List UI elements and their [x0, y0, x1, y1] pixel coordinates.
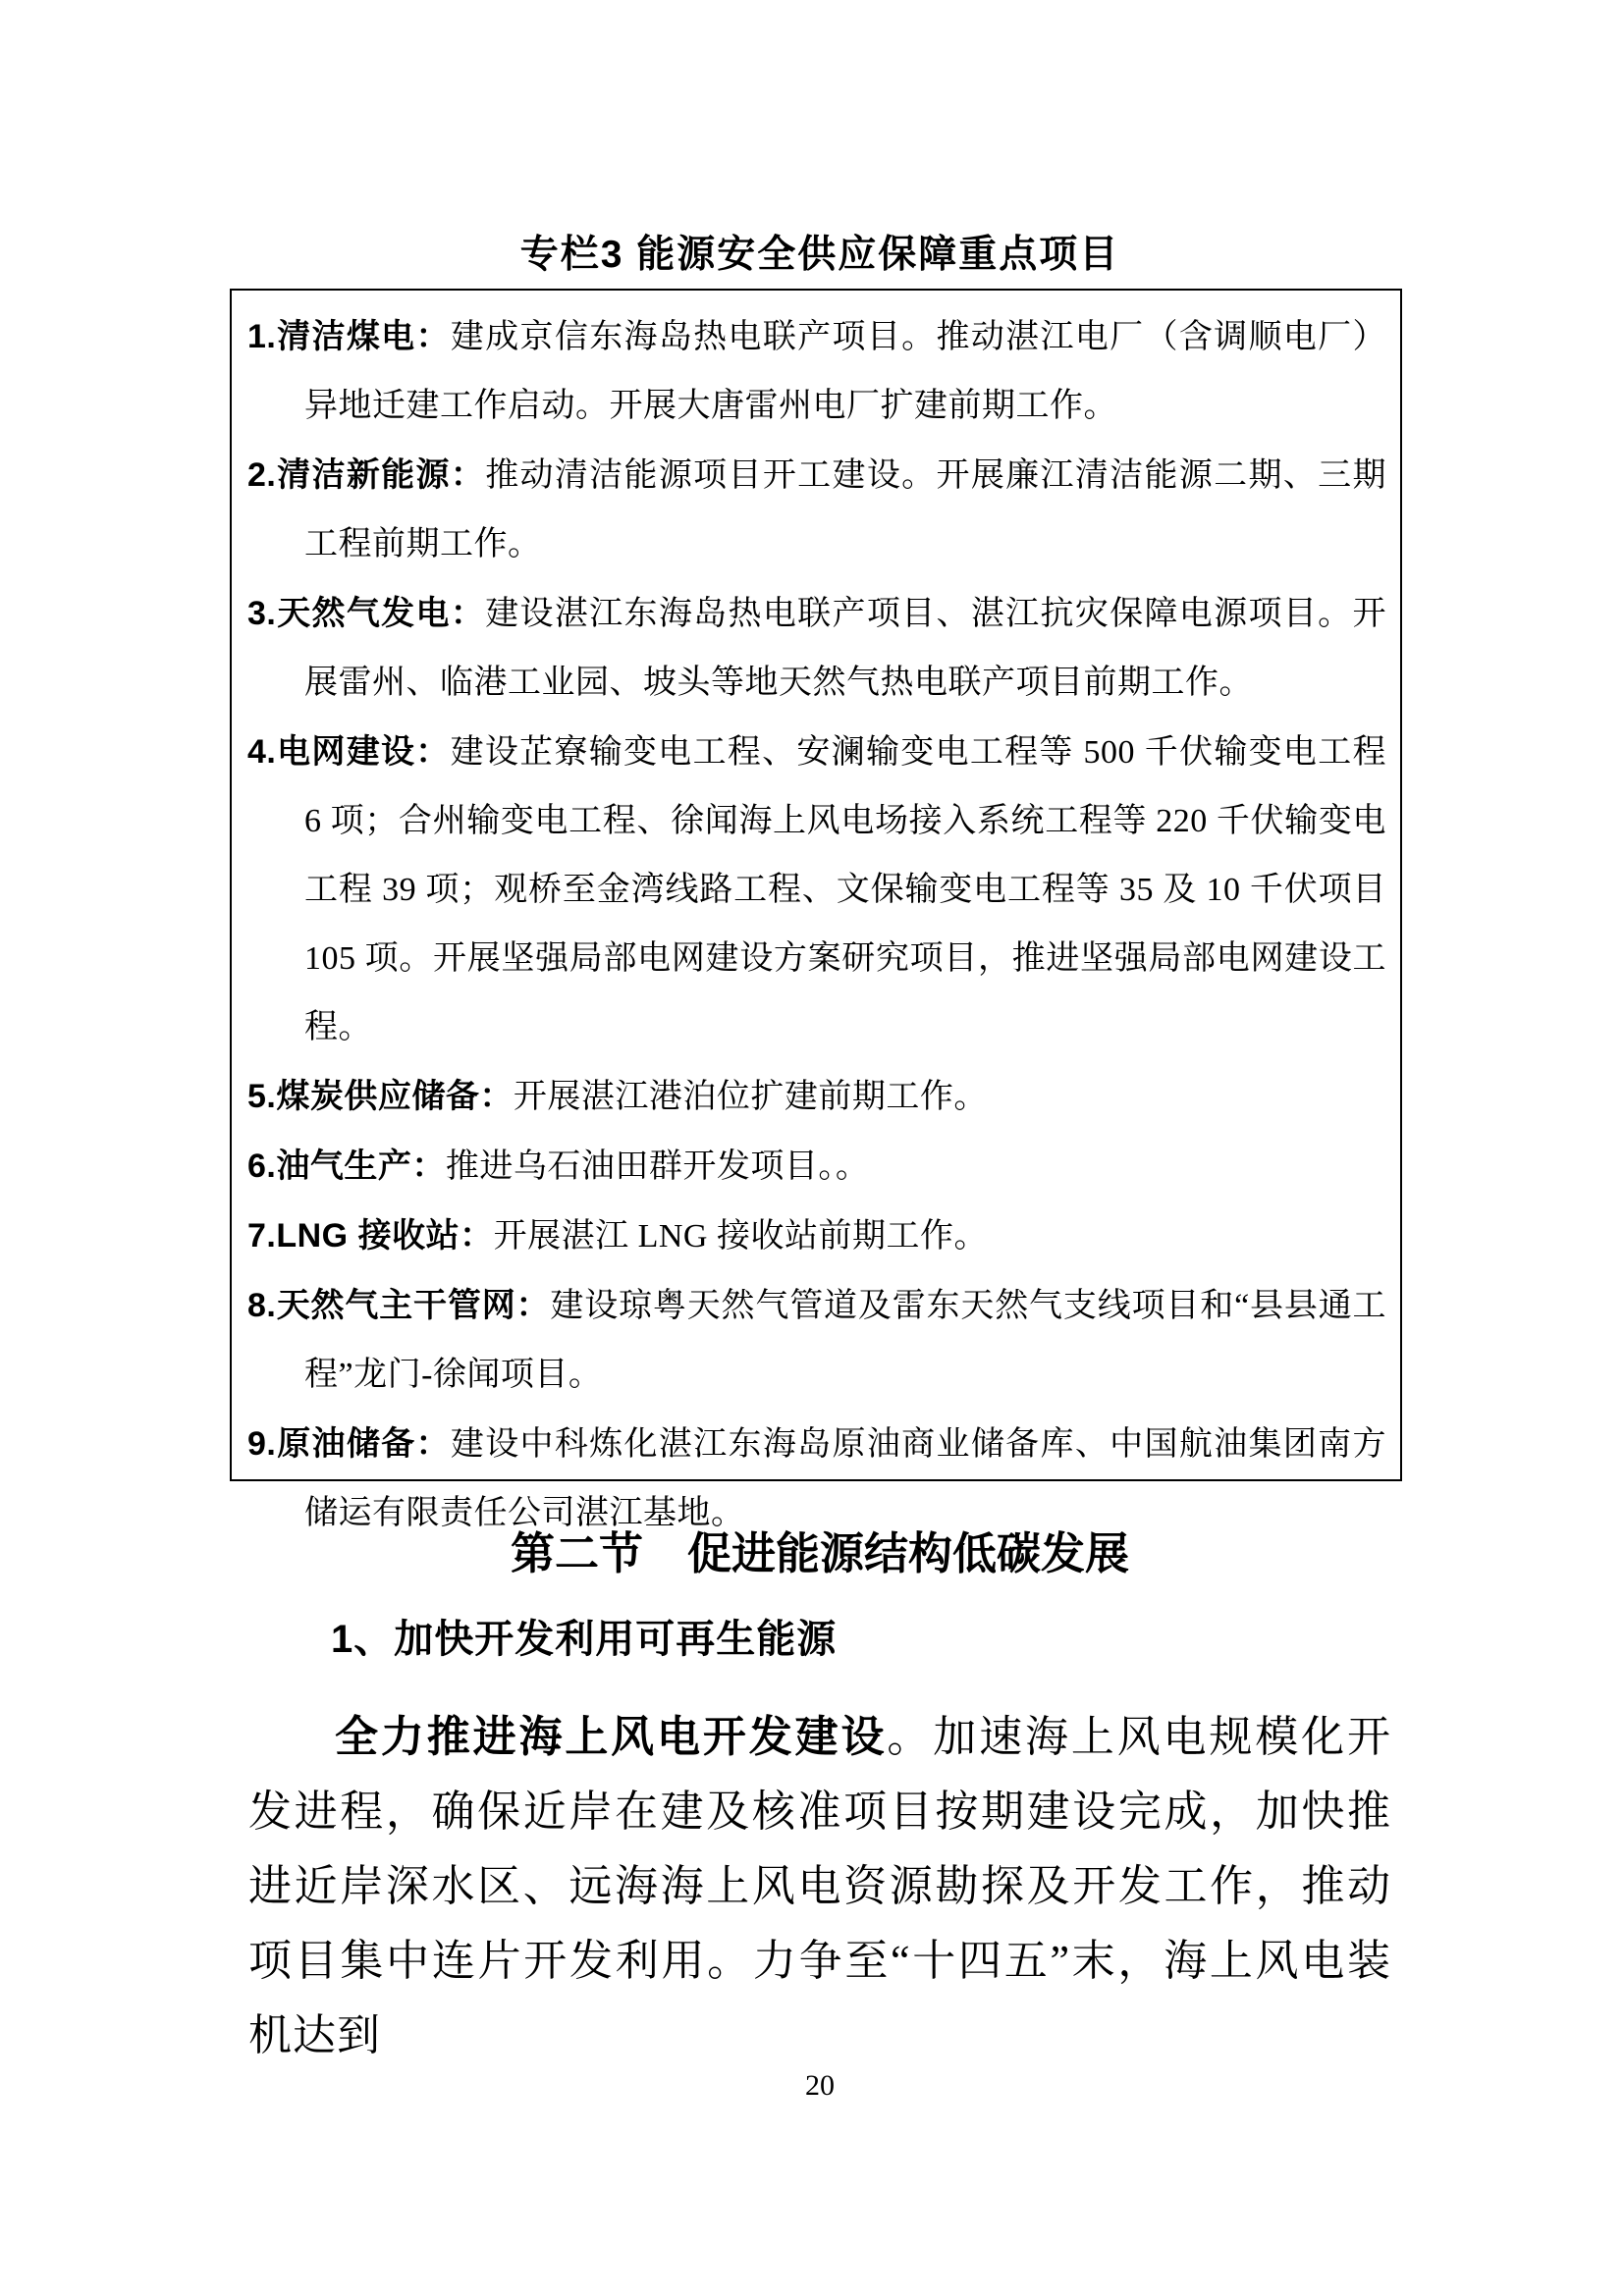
box-item-label: 6.油气生产： [247, 1148, 446, 1185]
box-item-label: 8.天然气主干管网： [247, 1287, 550, 1324]
box-item: 8.天然气主干管网：建设琼粤天然气管道及雷东天然气支线项目和“县县通工程”龙门-… [247, 1271, 1386, 1410]
box-item-label: 3.天然气发电： [247, 595, 485, 632]
box-item-text: 开展湛江港泊位扩建前期工作。 [514, 1079, 988, 1115]
box-item: 6.油气生产：推进乌石油田群开发项目。。 [247, 1132, 1386, 1201]
body-paragraph: 全力推进海上风电开发建设。加速海上风电规模化开发进程，确保近岸在建及核准项目按期… [248, 1700, 1391, 2073]
box-item: 1.清洁煤电：建成京信东海岛热电联产项目。推动湛江电厂（含调顺电厂）异地迁建工作… [247, 302, 1386, 441]
box-item: 3.天然气发电：建设湛江东海岛热电联产项目、湛江抗灾保障电源项目。开展雷州、临港… [247, 579, 1386, 718]
box-item-label: 4.电网建设： [247, 733, 451, 771]
paragraph-lead-bold: 全力推进海上风电开发建设 [335, 1713, 887, 1761]
box-item-text: 推进乌石油田群开发项目。。 [446, 1148, 870, 1185]
paragraph-rest: 。加速海上风电规模化开发进程，确保近岸在建及核准项目按期建设完成，加快推进近岸深… [248, 1713, 1391, 2059]
box-item: 4.电网建设：建设芷寮输变电工程、安澜输变电工程等 500 千伏输变电工程 6 … [247, 718, 1386, 1062]
document-page: 专栏3 能源安全供应保障重点项目 1.清洁煤电：建成京信东海岛热电联产项目。推动… [0, 0, 1624, 2296]
box-item-list: 1.清洁煤电：建成京信东海岛热电联产项目。推动湛江电厂（含调顺电厂）异地迁建工作… [247, 302, 1386, 1548]
section-heading: 第二节 促进能源结构低碳发展 [248, 1518, 1391, 1581]
box-item: 5.煤炭供应储备：开展湛江港泊位扩建前期工作。 [247, 1062, 1386, 1132]
box-item: 7.LNG 接收站：开展湛江 LNG 接收站前期工作。 [247, 1201, 1386, 1271]
box-title: 专栏3 能源安全供应保障重点项目 [248, 224, 1391, 279]
box-item-text: 建设中科炼化湛江东海岛原油商业储备库、中国航油集团南方储运有限责任公司湛江基地。 [304, 1426, 1386, 1531]
box-item-label: 5.煤炭供应储备： [247, 1078, 514, 1115]
box-item-text: 建成京信东海岛热电联产项目。推动湛江电厂（含调顺电厂）异地迁建工作启动。开展大唐… [304, 319, 1386, 424]
sub-heading: 1、加快开发利用可再生能源 [248, 1608, 1391, 1664]
box-item-label: 1.清洁煤电： [247, 318, 451, 355]
page-number: 20 [248, 2069, 1391, 2103]
highlight-box: 1.清洁煤电：建成京信东海岛热电联产项目。推动湛江电厂（含调顺电厂）异地迁建工作… [230, 289, 1402, 1481]
box-item: 2.清洁新能源：推动清洁能源项目开工建设。开展廉江清洁能源二期、三期工程前期工作… [247, 441, 1386, 579]
box-item-label: 7.LNG 接收站： [247, 1217, 494, 1255]
box-item-text: 开展湛江 LNG 接收站前期工作。 [494, 1218, 988, 1255]
box-item-text: 建设芷寮输变电工程、安澜输变电工程等 500 千伏输变电工程 6 项；合州输变电… [304, 734, 1386, 1045]
box-item-label: 9.原油储备： [247, 1425, 451, 1463]
box-item-label: 2.清洁新能源： [247, 456, 485, 494]
